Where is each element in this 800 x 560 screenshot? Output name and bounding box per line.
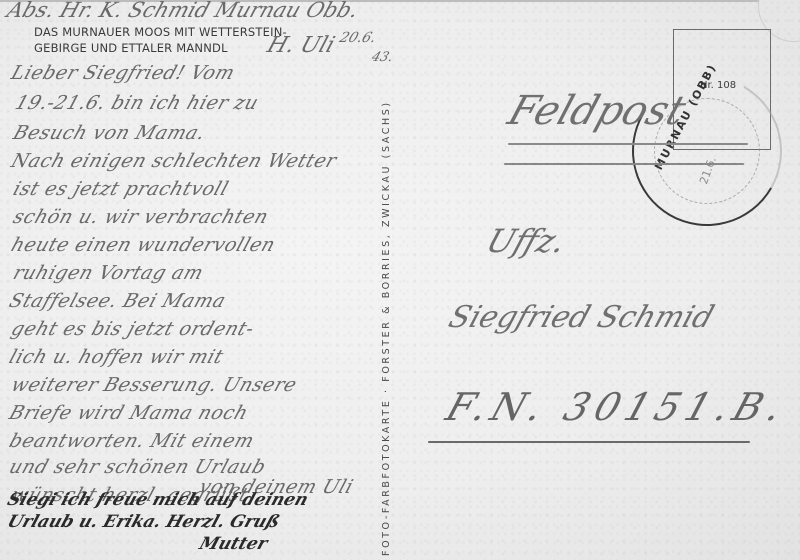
caption-line-2: GEBIRGE UND ETTALER MANNDL xyxy=(34,40,287,56)
message-line: ruhigen Vortag am xyxy=(10,262,206,284)
message-line: weiterer Besserung. Unsere xyxy=(8,374,299,396)
message-line: und sehr schönen Urlaub xyxy=(6,456,268,478)
address-underline-1 xyxy=(508,143,748,145)
message-line: geht es bis jetzt ordent- xyxy=(8,318,257,340)
message-line: Briefe wird Mama noch xyxy=(6,402,251,424)
address-underline-2 xyxy=(504,163,744,165)
address-name: Siegfried Schmid xyxy=(444,300,718,335)
postcard-back: DAS MURNAUER MOOS MIT WETTERSTEIN- GEBIR… xyxy=(0,0,800,560)
sender-date: 20.6. xyxy=(337,30,378,46)
publisher-vertical-text: FOTO-FARBFOTOKARTE · FORSTER & BORRIES, … xyxy=(381,100,392,556)
postscript-line: Urlaub u. Erika. Herzl. Gruß xyxy=(5,512,283,532)
address-field-post-number: F.N. 30151.B. xyxy=(441,385,794,429)
address-service: Feldpost xyxy=(503,88,692,134)
postscript-line: Siegi ich freue mich auf deinen xyxy=(5,490,311,510)
message-line: beantworten. Mit einem xyxy=(6,430,257,452)
message-line: lich u. hoffen wir mit xyxy=(6,346,226,368)
postscript-line: Mutter xyxy=(197,534,270,554)
message-line: Besuch von Mama. xyxy=(10,122,208,144)
sender-address: Abs. Hr. K. Schmid Murnau Obb. xyxy=(4,0,361,22)
message-line: Lieber Siegfried! Vom xyxy=(8,62,237,84)
message-line: Staffelsee. Bei Mama xyxy=(6,290,228,312)
message-line: heute einen wundervollen xyxy=(8,234,278,256)
message-line: Nach einigen schlechten Wetter xyxy=(8,150,339,172)
message-line: 19.-21.6. bin ich hier zu xyxy=(12,92,261,114)
sender-year: 43. xyxy=(370,50,396,65)
message-line: ist es jetzt prachtvoll xyxy=(10,178,231,200)
printed-caption: DAS MURNAUER MOOS MIT WETTERSTEIN- GEBIR… xyxy=(34,24,287,56)
message-line: schön u. wir verbrachten xyxy=(10,206,271,228)
sender-name: H. Uli xyxy=(264,33,338,58)
address-underline-3 xyxy=(428,441,750,443)
caption-line-1: DAS MURNAUER MOOS MIT WETTERSTEIN- xyxy=(34,24,287,40)
address-rank: Uffz. xyxy=(482,222,571,260)
